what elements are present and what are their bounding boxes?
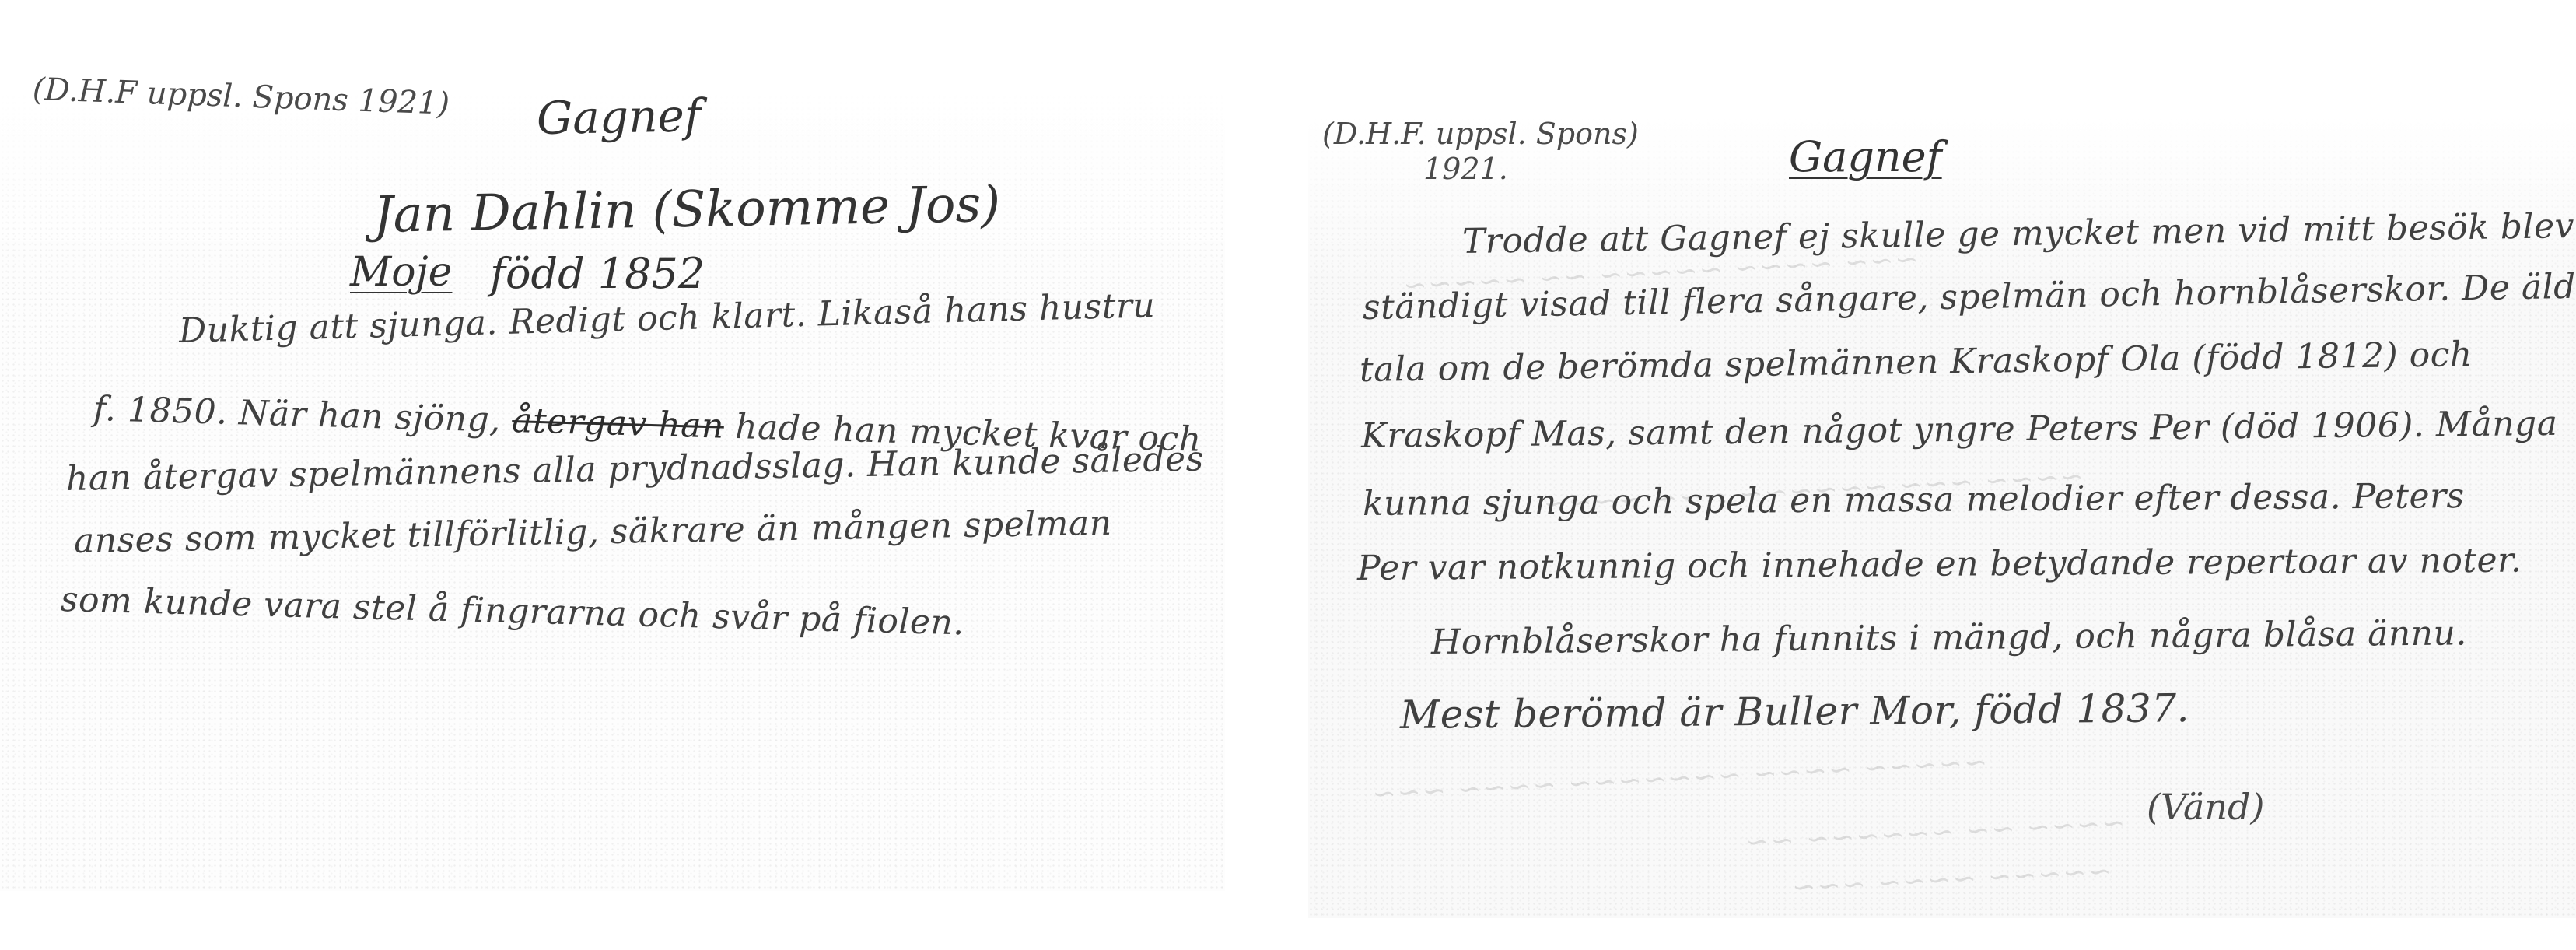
right-source-note-line2: 1921. (1423, 152, 1508, 186)
left-person-name: Jan Dahlin (Skomme Jos) (373, 176, 1000, 244)
turn-page-note: (Vänd) (2147, 786, 2264, 828)
bleed-through-text: ~~~~~ ~~~~ ~~~~~~~ ~~~~ ~~~ (1370, 746, 1988, 810)
left-born-label: född 1852 (490, 249, 705, 298)
right-source-note-line1: (D.H.F. uppsl. Spons) (1322, 117, 1639, 151)
left-person-nickname: Moje (350, 249, 452, 296)
right-paragraph2-line-2: Mest berömd är Buller Mor, född 1837. (1400, 685, 2189, 738)
struck-text: återgav han (512, 401, 725, 447)
right-body-line-6: Per var notkunnig och innehade en betyda… (1357, 541, 2522, 588)
bleed-through-text: ~~~~ ~~ ~~~~~~ ~~ (1743, 807, 2126, 859)
left-place-heading: Gagnef (536, 89, 701, 145)
bleed-through-text: ~~~~~ ~~~~ ~~~ (1790, 855, 2112, 904)
right-place-heading: Gagnef (1789, 132, 1942, 181)
right-body-line-5: kunna sjunga och spela en massa melodier… (1363, 476, 2465, 524)
